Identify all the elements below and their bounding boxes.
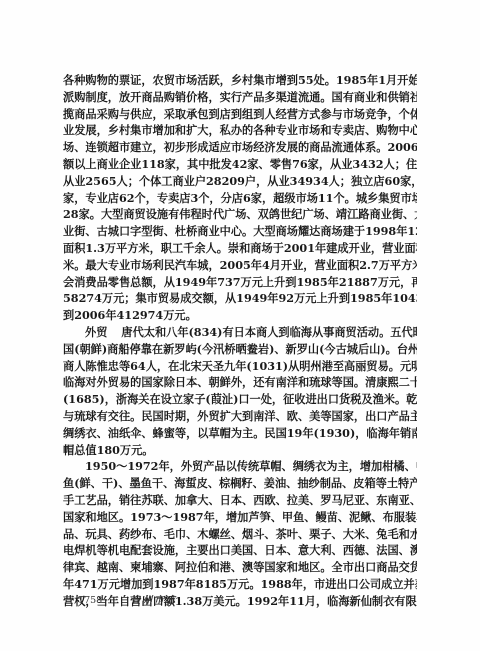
text-line: 各种购物的票证，农贸市场活跃，乡村集市增到55处。1985年1月开始，国家取消统 <box>63 72 417 89</box>
text-line: 58274万元；集市贸易成交额，从1949年92万元上升到1985年10433万… <box>63 290 417 307</box>
text-line: 鱼(鲜、干)、墨鱼干、海蜇皮、棕榈籽、姜油、抽纱制品、皮箱等土特产品、水产品、 <box>63 475 417 492</box>
text-line: 律宾、越南、柬埔寨、阿拉伯和港、澳等国家和地区。全市出口商品交货值从1973 <box>63 559 417 576</box>
text-line: 商人陈惟忠等64人，在北宋天圣九年(1031)从明州港至高丽贸易。元明清三代， <box>63 358 417 375</box>
text-line: 家，专业店62个，专卖店3个，分店6家，超级市场11个。城乡集贸市场85个，超市 <box>63 190 417 207</box>
page-number: · 1758 · <box>72 595 108 606</box>
section-first-line: 外贸唐代太和八年(834)有日本商人到临海从事商贸活动。五代时，新罗 <box>63 324 417 341</box>
text-line: 临海对外贸易的国家除日本、朝鲜外，还有南洋和琉球等国。清康熙二十四年 <box>63 374 417 391</box>
text-line: 米。最大专业市场利民汽车城，2005年4月开业，营业面积2.7万平方米。全市社 <box>63 257 417 274</box>
text-line: 帽总值180万元。 <box>63 442 417 459</box>
text-line: 国家和地区。1973～1987年，增加芦笋、甲鱼、鳗苗、泥鳅、布服装、文化用具、… <box>63 509 417 526</box>
text-line: 电焊机等机电配套设施，主要出口美国、日本、意大利、西德、法国、澳大利亚、菲 <box>63 542 417 559</box>
text-line: 派购制度，放开商品购销价格，实行产品多渠道流通。国有商业和供销社不再包 <box>63 89 417 106</box>
section-heading: 外贸 <box>85 325 107 339</box>
document-page: 各种购物的票证，农贸市场活跃，乡村集市增到55处。1985年1月开始，国家取消统… <box>0 0 480 651</box>
text-line: 国(朝鲜)商船停靠在新罗屿(今汛桥晒鲞岩)、新罗山(今古城后山)。台州临海 <box>63 341 417 358</box>
book-title: 台州市志 <box>131 595 177 606</box>
text-line: 揽商品采购与供应，采取承包到店到组到人经营方式参与市场竞争，个体私营商 <box>63 106 417 123</box>
text-line: 年471万元增加到1987年8185万元。1988年，市进出口公司成立并获得进出… <box>63 576 417 593</box>
paragraph-first-line: 1950～1972年，外贸产品以传统草帽、绸绣衣为主，增加柑橘、中猪、冻大黄 <box>63 458 417 475</box>
text-line: 场、连锁超市建立，初步形成适应市场经济发展的商品流通体系。2006年，全市限 <box>63 139 417 156</box>
text-line: 额以上商业企业118家，其中批发42家、零售76家，从业3432人；住宿餐饮业3… <box>63 156 417 173</box>
text-line: 会消费品零售总额，从1949年737万元上升到1985年21887万元，再上升到… <box>63 274 417 291</box>
text-line: 手工艺品，销往苏联、加拿大、日本、西欧、拉美、罗马尼亚、东南亚、香港、澳门等 <box>63 492 417 509</box>
text-line: 绸绣衣、油纸伞、蜂蜜等，以草帽为主。民国19年(1930)，临海年销南洋、欧、美… <box>63 425 417 442</box>
text-line: 业发展，乡村集市增加和扩大，私办的各种专业市场和专卖店、购物中心、大型商 <box>63 122 417 139</box>
text-line: 品、玩具、药纱布、毛巾、木螺丝、烟斗、茶叶、栗子、大米、兔毛和水轮机、发电机、 <box>63 526 417 543</box>
body-text: 各种购物的票证，农贸市场活跃，乡村集市增到55处。1985年1月开始，国家取消统… <box>63 72 417 610</box>
text-line: 28家。大型商贸设施有伟程时代广场、双鸽世纪广场、靖江路商业街、大洋中心商 <box>63 206 417 223</box>
text-line: (1685)，浙海关在设立家子(葭沚)口一处，征收进出口货税及渔米。乾隆间，临海 <box>63 391 417 408</box>
text-line: 面积1.3万平方米，职工千余人。崇和商场于2001年建成开业，营业面积6万平方 <box>63 240 417 257</box>
section-text: 唐代太和八年(834)有日本商人到临海从事商贸活动。五代时，新罗 <box>121 325 417 339</box>
text-line: 从业2565人；个体工商业户28209户，从业34934人；独立店60家，连锁商… <box>63 173 417 190</box>
text-line: 到2006年412974万元。 <box>63 307 417 324</box>
page-footer: · 1758 · 台州市志 <box>72 592 177 606</box>
text-line: 与琉球有交往。民国时期，外贸扩大到南洋、欧、美等国家，出口产品主要有草帽、 <box>63 408 417 425</box>
text-line: 业街、古城口字型街、杜桥商业中心。大型商场耀达商场建于1998年12月，营业 <box>63 223 417 240</box>
